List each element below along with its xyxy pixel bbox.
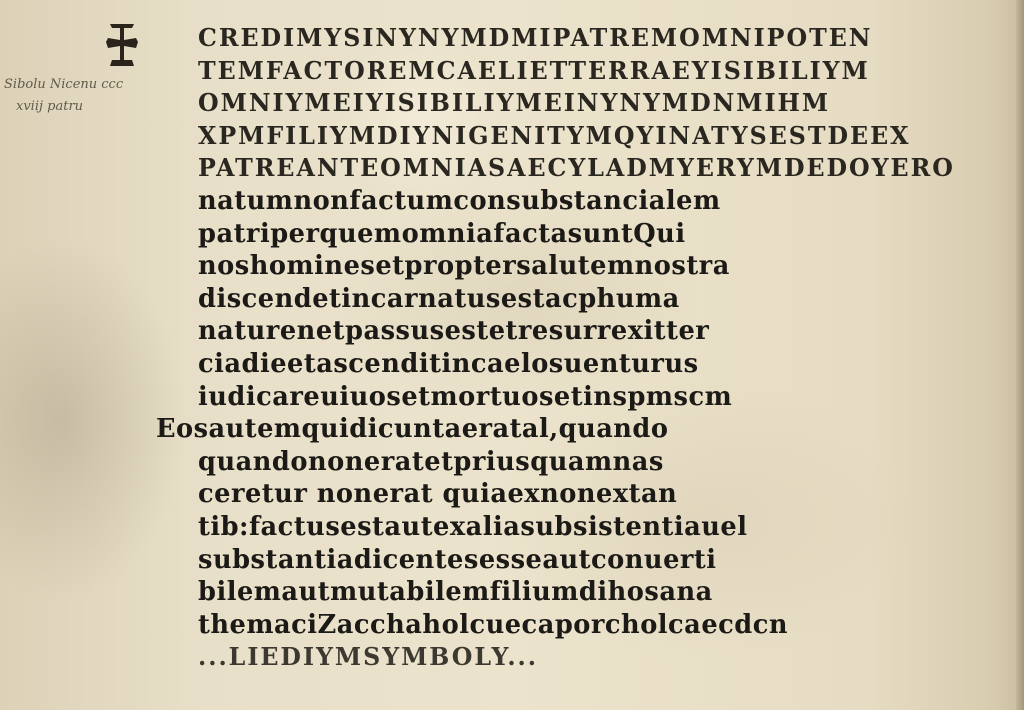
text-line-cut: ...LIEDIYMSYMBOLY...: [198, 641, 988, 661]
text-line: substantiadicentesesseautconuerti: [198, 544, 988, 577]
text-line: ceretur nonerat quiaexnonextan: [198, 478, 988, 511]
text-line: noshominesetproptersalutemnostra: [198, 250, 988, 283]
text-line: naturenetpassusestetresurrexitter: [198, 315, 988, 348]
text-line: themaciZacchaholcuecaporcholcaecdcn: [198, 609, 988, 642]
text-line: XPMFILIYMDIYNIGENITYMQYINATYSESTDEEX: [198, 120, 988, 153]
text-line-with-initial: Eosautemquidicuntaeratal,quando: [156, 413, 986, 446]
text-line: discendetincarnatusestacphuma: [198, 283, 988, 316]
text-line: quandononeratetpriusquamnas: [198, 446, 988, 479]
text-line: iudicareuiuosetmortuosetinspmscm: [198, 381, 988, 414]
text-line: TEMFACTOREMCAELIETTERRAEYISIBILIYM: [198, 55, 988, 88]
text-line: ciadieetascenditincaelosuenturus: [198, 348, 988, 381]
marginal-note: Sibolu Nicenu ccc xviij patru: [4, 74, 194, 118]
page-edge: [1016, 0, 1024, 710]
marginal-note-line: Sibolu Nicenu ccc: [4, 74, 194, 96]
manuscript-text: CREDIMYSINYNYMDMIPATREMOMNIPOTEN TEMFACT…: [198, 22, 998, 661]
text-line: bilemautmutabilemfiliumdihosana: [198, 576, 988, 609]
text-line: patriperquemomniafactasuntQui: [198, 218, 988, 251]
cross-icon: [100, 20, 144, 70]
text-line: OMNIYMEIYISIBILIYMEINYNYMDNMIHM: [198, 87, 988, 120]
marginal-note-line: xviij patru: [4, 96, 194, 118]
text-line: CREDIMYSINYNYMDMIPATREMOMNIPOTEN: [198, 22, 988, 55]
text-line: PATREANTEOMNIASAECYLADMYERYMDEDOYERO: [198, 152, 988, 185]
text-line: natumnonfactumconsubstancialem: [198, 185, 988, 218]
text-line: tib:factusestautexaliasubsistentiauel: [198, 511, 988, 544]
